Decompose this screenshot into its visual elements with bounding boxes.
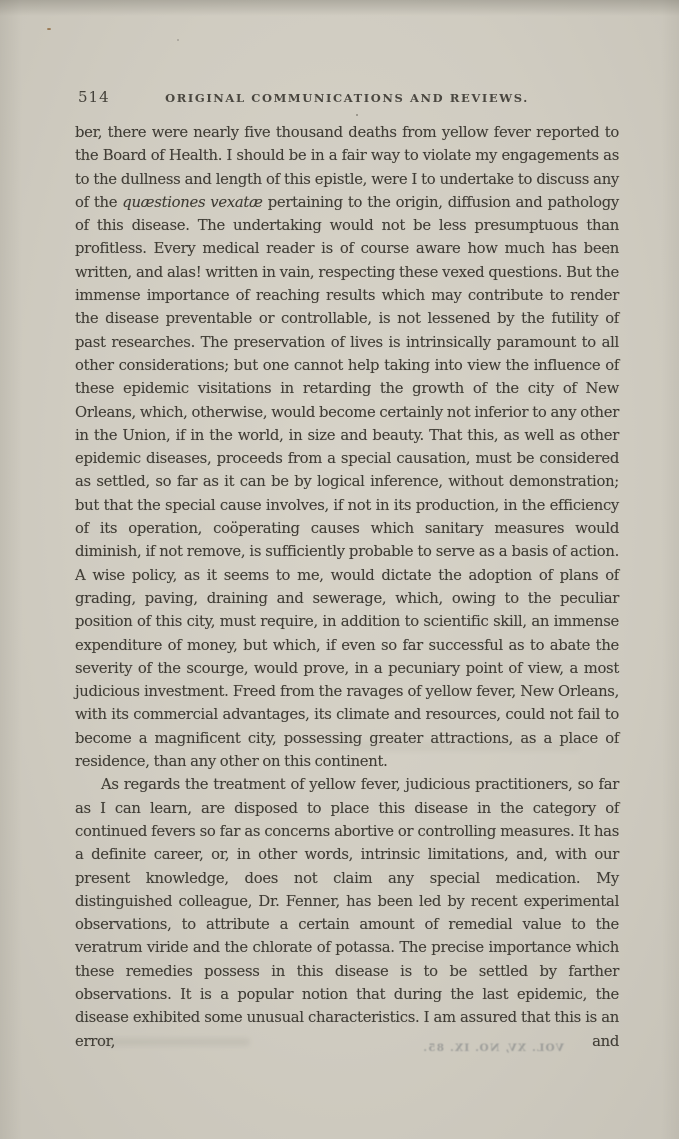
paper-speck [47, 28, 51, 30]
bleedthrough-smudge [100, 1038, 250, 1046]
bleedthrough-footer-text: VOL. XV, NO. IX. 85. [408, 1042, 578, 1054]
paragraph-2: As regards the treatment of yellow fever… [75, 773, 619, 1053]
paper-speck [607, 251, 609, 254]
scanned-book-page: 514 ORIGINAL COMMUNICATIONS AND REVIEWS.… [0, 0, 679, 1139]
body-text-block: ber, there were nearly five thousand dea… [75, 121, 619, 1053]
paragraph-1: ber, there were nearly five thousand dea… [75, 121, 619, 773]
bleedthrough-smudge [330, 742, 580, 751]
page-header: 514 ORIGINAL COMMUNICATIONS AND REVIEWS. [75, 88, 619, 108]
paragraph-1-text-after: pertaining to the origin, diffusion and … [75, 194, 619, 770]
paper-speck [356, 114, 358, 116]
running-title: ORIGINAL COMMUNICATIONS AND REVIEWS. [75, 91, 619, 105]
latin-phrase-italic: quæstiones vexatæ [122, 194, 262, 211]
paper-speck [177, 39, 179, 41]
